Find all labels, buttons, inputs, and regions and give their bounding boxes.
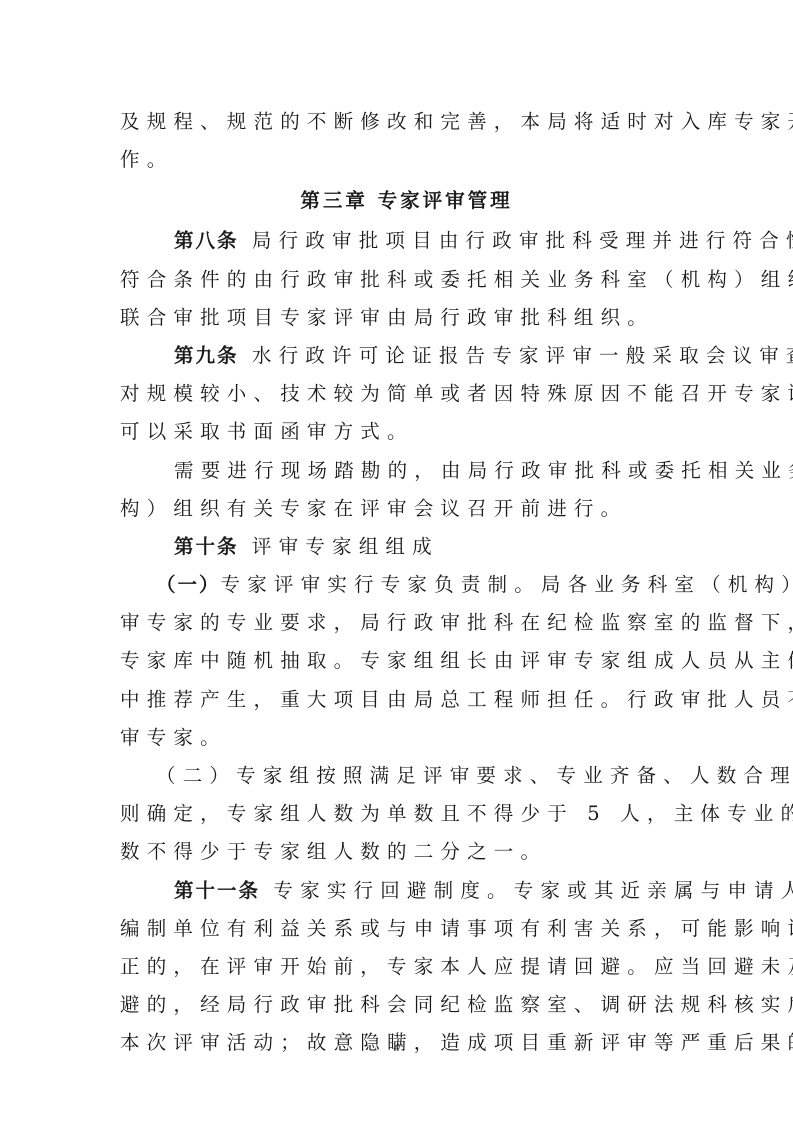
paragraph-line: 需要进行现场踏勘的，由局行政审批科或委托相关业务科室（机 <box>120 452 693 490</box>
article-text: 评审专家组组成 <box>239 535 439 558</box>
article-8-line: 第八条 局行政审批项目由行政审批科受理并进行符合性初审， <box>120 222 693 260</box>
article-text: 专家实行回避制度。专家或其近亲属与申请人、报告 <box>260 879 793 902</box>
paragraph-line: 作。 <box>120 141 693 179</box>
article-label: 第十条 <box>174 535 239 558</box>
paragraph-line: 审专家的专业要求，局行政审批科在纪检监察室的监督下，分专业在 <box>120 604 693 642</box>
chapter-heading: 第三章 专家评审管理 <box>120 179 693 222</box>
paragraph-line: 正的，在评审开始前，专家本人应提请回避。应当回避未及时提请回 <box>120 948 693 986</box>
paragraph-line: 中推荐产生，重大项目由局总工程师担任。行政审批人员不得担任评 <box>120 681 693 719</box>
page-body: 及规程、规范的不断修改和完善，本局将适时对入库专家开展培训工 作。 第三章 专家… <box>120 103 693 1063</box>
paragraph-line: 构）组织有关专家在评审会议召开前进行。 <box>120 490 693 528</box>
paragraph-line: 编制单位有利益关系或与申请事项有利害关系，可能影响评审结果公 <box>120 910 693 948</box>
paragraph-line: 可以采取书面函审方式。 <box>120 413 693 451</box>
paragraph-line: 联合审批项目专家评审由局行政审批科组织。 <box>120 299 693 337</box>
article-label: 第九条 <box>174 344 239 367</box>
clause-1-line: （一）专家评审实行专家负责制。局各业务科室（机构）提出评 <box>120 566 693 604</box>
paragraph-line: 对规模较小、技术较为简单或者因特殊原因不能召开专家评审会的， <box>120 375 693 413</box>
paragraph-line: 避的，经局行政审批科会同纪检监察室、调研法规科核实后，停止其 <box>120 986 693 1024</box>
article-10-line: 第十条 评审专家组组成 <box>120 528 693 566</box>
paragraph-line: 专家库中随机抽取。专家组组长由评审专家组成人员从主体专业专家 <box>120 642 693 680</box>
clause-label: （一） <box>156 573 221 596</box>
paragraph-line: 则确定，专家组人数为单数且不得少于 5 人，主体专业的评审专家人 <box>120 795 693 833</box>
article-label: 第十一条 <box>174 879 260 902</box>
page-number: 4 <box>0 1040 793 1055</box>
paragraph-line: 数不得少于专家组人数的二分之一。 <box>120 833 693 871</box>
article-9-line: 第九条 水行政许可论证报告专家评审一般采取会议审查方式， <box>120 337 693 375</box>
article-text: 水行政许可论证报告专家评审一般采取会议审查方式， <box>239 344 793 367</box>
paragraph-line: 审专家。 <box>120 719 693 757</box>
paragraph-line: 符合条件的由行政审批科或委托相关业务科室（机构）组织专家评审。 <box>120 261 693 299</box>
article-text: 局行政审批项目由行政审批科受理并进行符合性初审， <box>239 229 793 252</box>
article-label: 第八条 <box>174 229 239 252</box>
clause-text: 专家评审实行专家负责制。局各业务科室（机构）提出评 <box>221 573 793 596</box>
paragraph-line: 及规程、规范的不断修改和完善，本局将适时对入库专家开展培训工 <box>120 103 693 141</box>
document-page: 及规程、规范的不断修改和完善，本局将适时对入库专家开展培训工 作。 第三章 专家… <box>0 0 793 1122</box>
clause-2-line: （二）专家组按照满足评审要求、专业齐备、人数合理的组成原 <box>120 757 693 795</box>
article-11-line: 第十一条 专家实行回避制度。专家或其近亲属与申请人、报告 <box>120 872 693 910</box>
